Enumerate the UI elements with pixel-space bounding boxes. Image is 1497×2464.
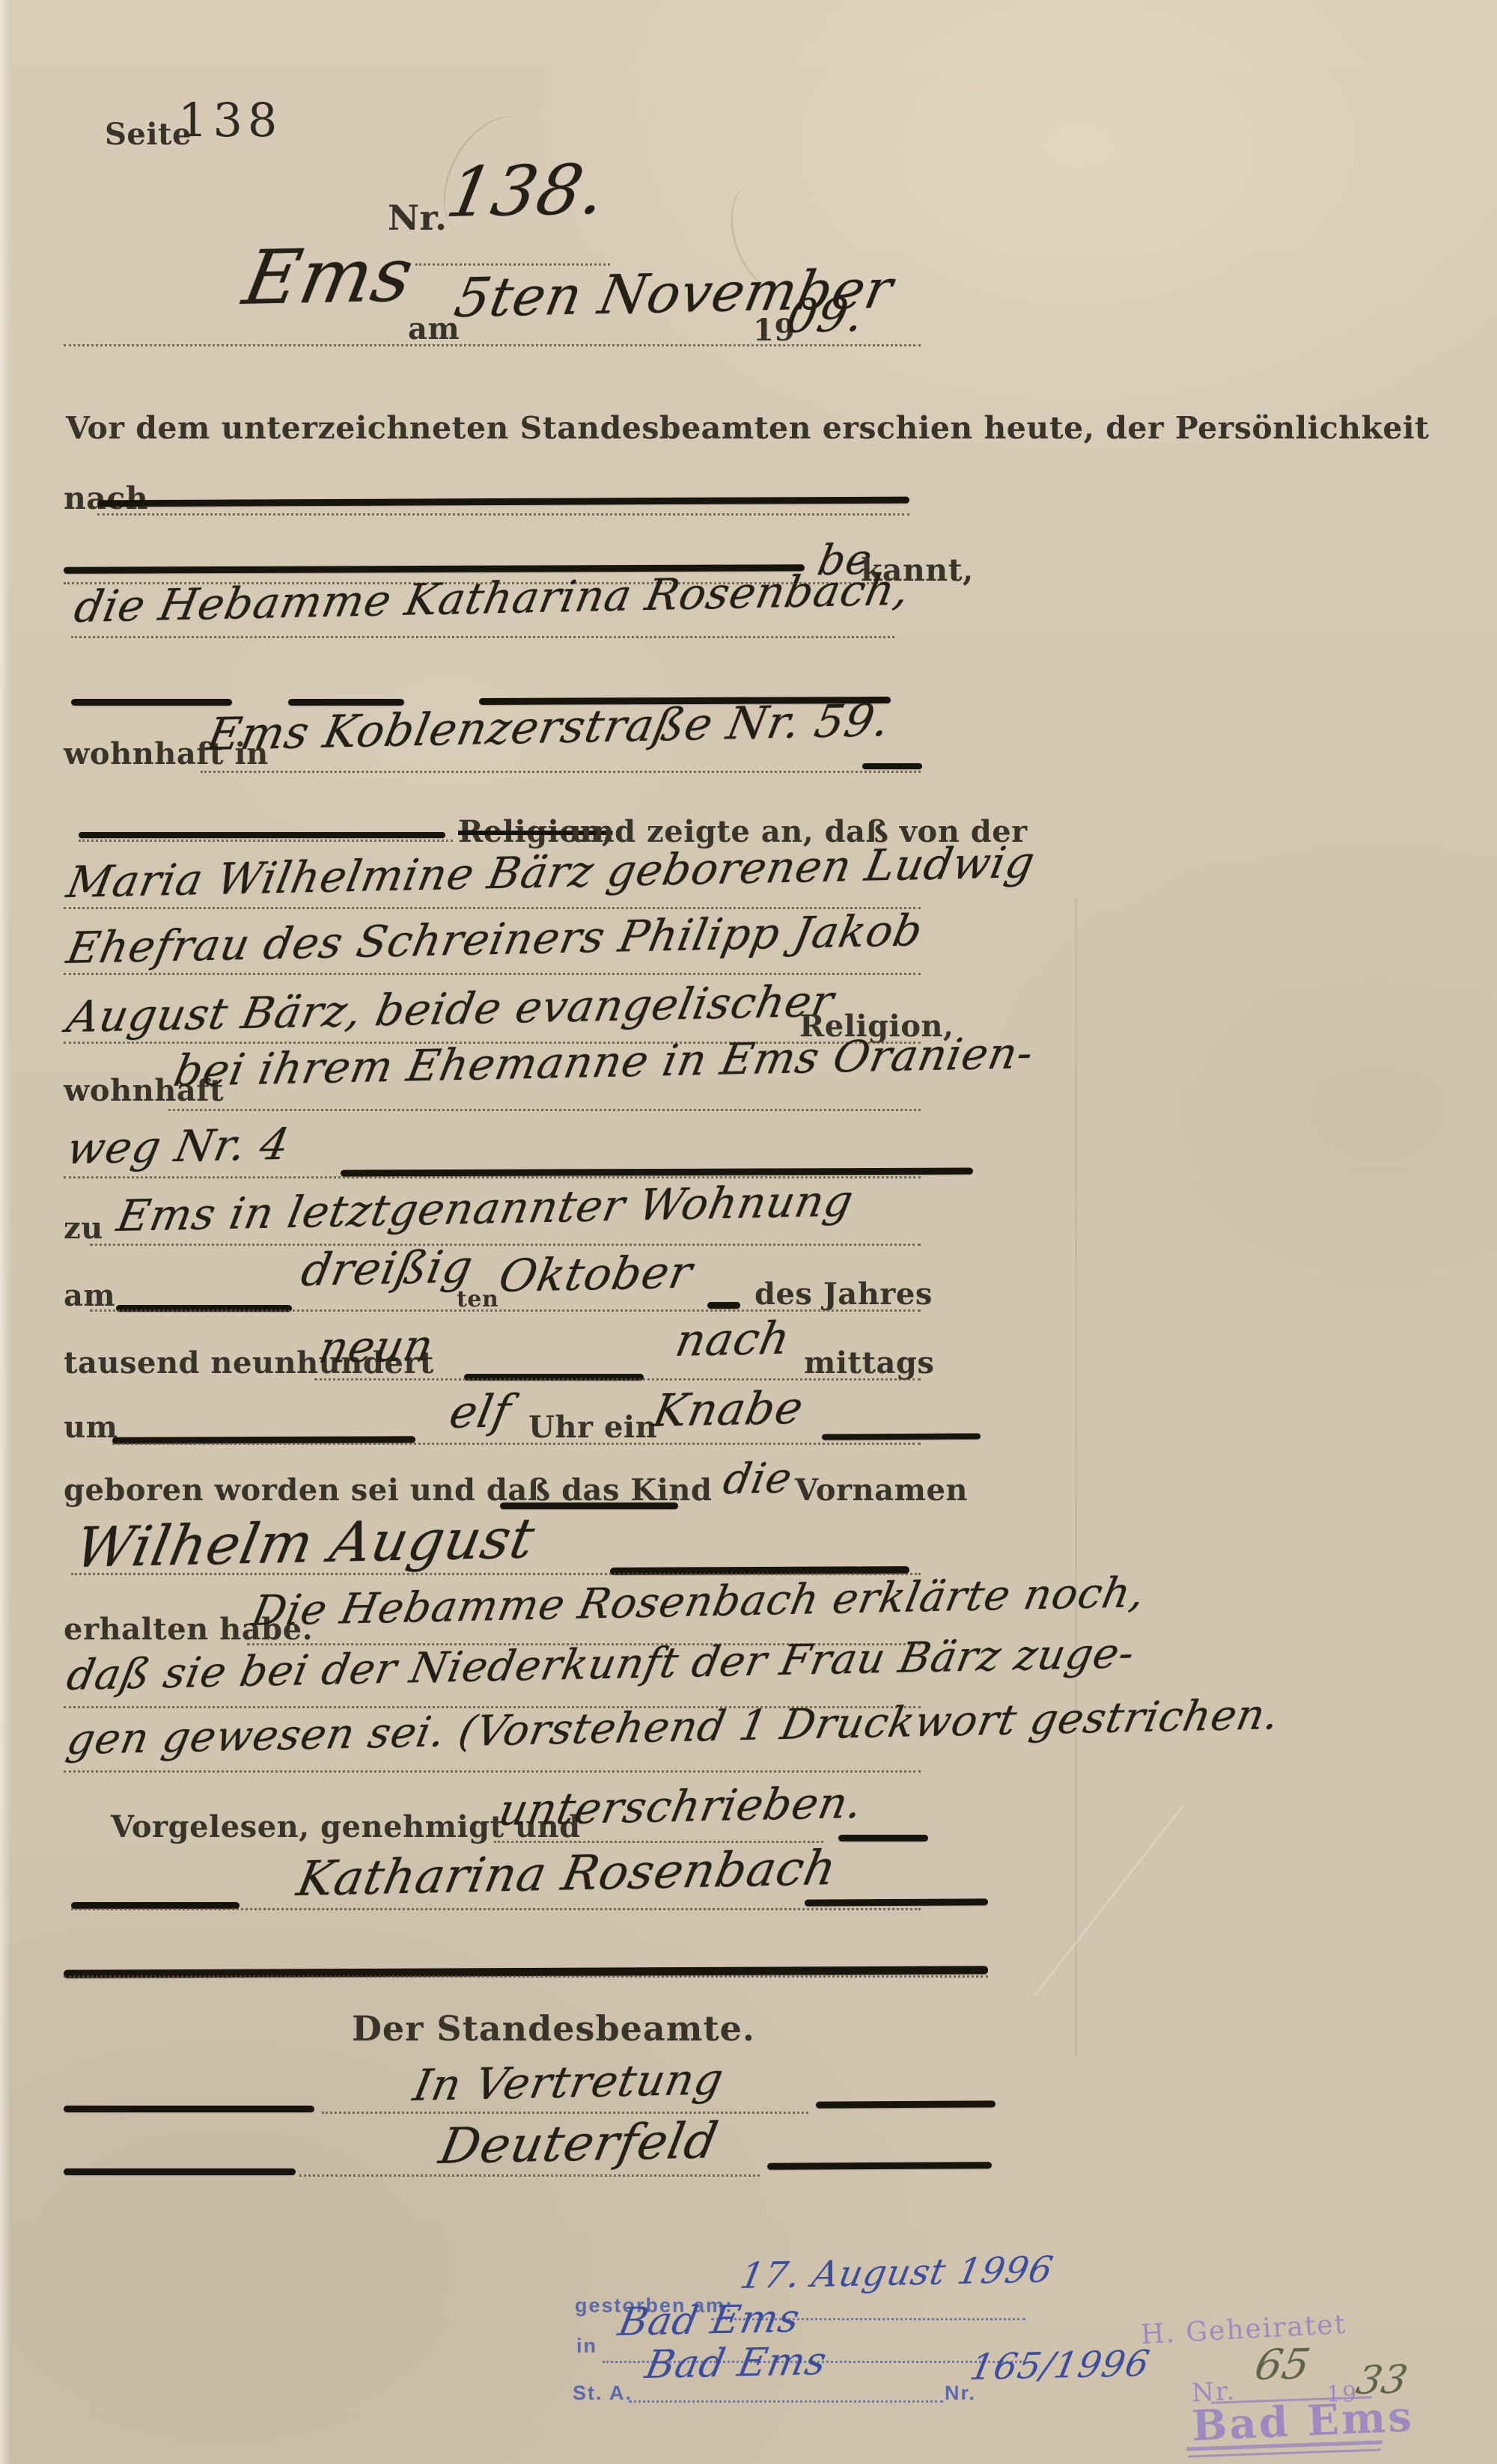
strike-bar [64, 2106, 314, 2112]
strike-bar [822, 1433, 981, 1440]
mother-name-line2: Ehefrau des Schreiners Philipp Jakob [64, 908, 927, 970]
unterschrieben-handwritten: unterschrieben. [496, 1781, 867, 1832]
marriage-stamp-place: Bad Ems [1191, 2396, 1415, 2448]
strike-bar [767, 2162, 992, 2170]
vornamen-printed: Vornamen [795, 1476, 968, 1505]
marriage-stamp-title: H. Geheiratet [1140, 2311, 1347, 2349]
note-line1: Die Hebamme Rosenbach erklärte noch, [249, 1572, 1149, 1633]
strike-bar [707, 1302, 740, 1309]
mittags-printed: mittags [804, 1348, 934, 1378]
dotted-line [71, 1908, 921, 1910]
dotted-line [97, 513, 909, 516]
dotted-line [299, 2174, 760, 2177]
birth-year: neun [316, 1324, 437, 1369]
dotted-line [314, 1378, 921, 1381]
dotted-line [71, 1573, 921, 1575]
child-sex: Knabe [650, 1386, 807, 1434]
strike-bar [97, 497, 909, 507]
birthplace: Ems in letztgenannter Wohnung [114, 1179, 857, 1238]
death-stamp-dotted-line [629, 2400, 943, 2403]
dotted-line [64, 344, 921, 346]
strike-bar [805, 1898, 988, 1906]
declarant-signature: Katharina Rosenbach [293, 1844, 841, 1904]
ten-suffix-printed: ten [457, 1288, 499, 1311]
death-register-number: 165/1996 [967, 2346, 1153, 2385]
strike-bar [816, 2100, 996, 2108]
dotted-line [71, 636, 894, 638]
declarant-line: die Hebamme Katharina Rosenbach, [71, 568, 913, 629]
strike-bar [862, 763, 922, 769]
dotted-line [201, 771, 921, 773]
birth-day: dreißig [298, 1244, 477, 1293]
mother-name-line3: August Bärz, beide evangelischer [64, 979, 838, 1039]
birth-register-page: Seite 138 Nr. 138. Ems am 5ten November … [0, 0, 1497, 2464]
given-names: Wilhelm August [71, 1511, 540, 1576]
death-stamp-sta-label: St. A. [573, 2383, 632, 2403]
die-handwritten: die [720, 1458, 796, 1501]
paper-crease [1075, 898, 1077, 2058]
dotted-line [112, 1443, 921, 1445]
death-date: 17. August 1996 [737, 2251, 1056, 2294]
uhr-ein-printed: Uhr ein [528, 1413, 657, 1443]
strike-bar [71, 699, 232, 706]
registrar-title: Der Standesbeamte. [352, 2011, 755, 2046]
am-birth-label: am [64, 1281, 115, 1311]
zu-label: zu [64, 1214, 103, 1244]
page-number: 138 [178, 97, 282, 144]
note-line3: gen gewesen sei. (Vorstehend 1 Druckwort… [64, 1694, 1283, 1761]
nach-label: nach [64, 483, 148, 514]
birth-hour: elf [446, 1389, 515, 1435]
dotted-line [64, 973, 921, 975]
dateline-year-written: 09. [783, 292, 868, 340]
dateline-place: Ems [238, 237, 419, 316]
registrar-signature: Deuterfeld [436, 2116, 722, 2171]
birth-month: Oktober [496, 1250, 696, 1299]
dotted-line [90, 1309, 921, 1312]
dotted-line [64, 1975, 988, 1978]
declarant-residence: Ems Koblenzerstraße Nr. 59. [204, 698, 894, 757]
parents-residence-cont: weg Nr. 4 [64, 1122, 293, 1170]
death-stamp-in-label: in [576, 2336, 597, 2356]
dotted-line [322, 2112, 808, 2114]
marriage-stamp-underline [1188, 2448, 1381, 2457]
record-nr-value: 138. [442, 156, 612, 227]
des-jahres-printed: des Jahres [754, 1280, 933, 1309]
marriage-number: 65 [1251, 2344, 1313, 2387]
nach-mittags-handwritten: nach [672, 1316, 794, 1363]
strike-bar [64, 2168, 296, 2175]
strike-bar [838, 1835, 928, 1841]
in-vertretung: In Vertretung [410, 2057, 728, 2107]
dotted-line [64, 1770, 921, 1773]
um-label: um [64, 1413, 118, 1443]
strike-bar [79, 832, 445, 838]
geboren-printed: geboren worden sei und daß das Kind [64, 1476, 712, 1505]
record-nr-label: Nr. [388, 201, 448, 235]
dotted-line [79, 840, 453, 842]
intro-line: Vor dem unterzeichneten Standesbeamten e… [66, 413, 1429, 444]
death-registry-place: Bad Ems [642, 2342, 830, 2385]
dotted-line [90, 1244, 921, 1246]
parents-residence: bei ihrem Ehemanne in Ems Oranien- [171, 1031, 1037, 1092]
death-place: Bad Ems [615, 2299, 803, 2342]
mother-name-line1: Maria Wilhelmine Bärz geborenen Ludwig [64, 840, 1039, 904]
dotted-line [168, 1109, 921, 1111]
paper-crease [1034, 1806, 1183, 1996]
strike-bar [341, 1168, 973, 1177]
